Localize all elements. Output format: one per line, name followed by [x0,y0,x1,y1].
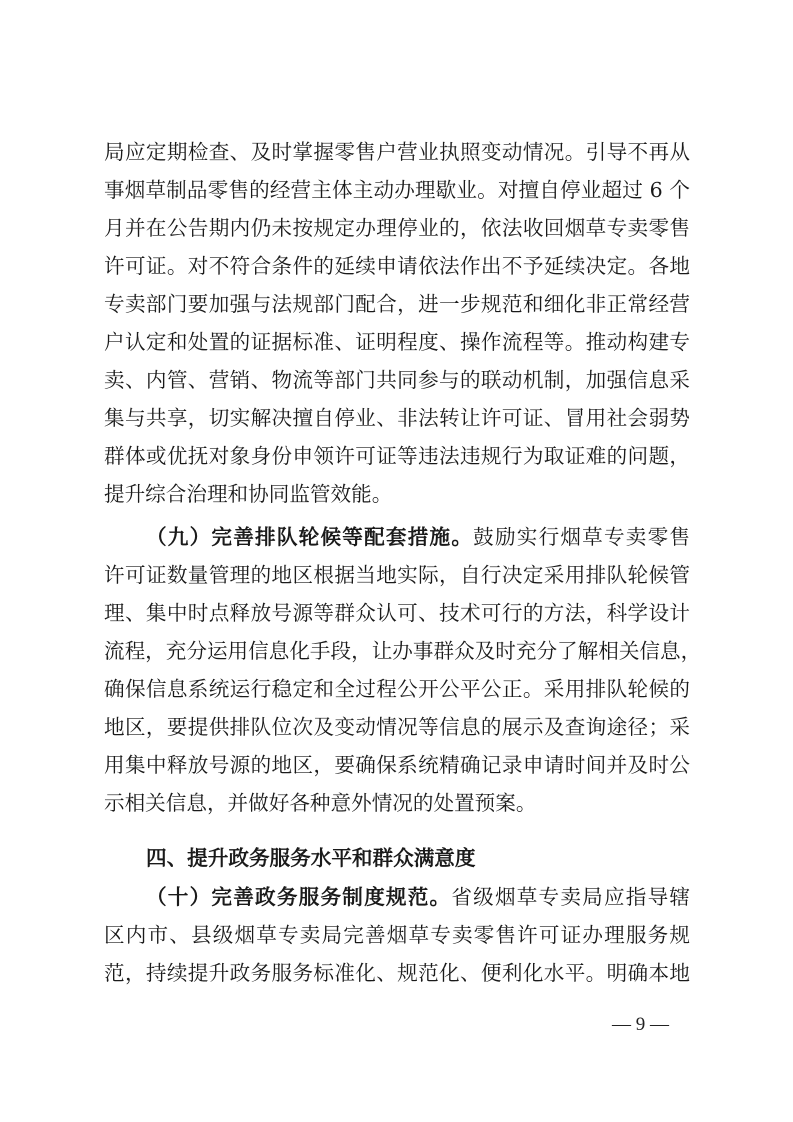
text-line: 地区，要提供排队位次及变动情况等信息的展示及查询途径；采 [104,712,690,742]
text-line: 范，持续提升政务服务标准化、规范化、便利化水平。明确本地 [104,958,690,988]
document-page: 局应定期检查、及时掌握零售户营业执照变动情况。引导不再从 事烟草制品零售的经营主… [0,0,793,1122]
paragraph-lead-text: 省级烟草专卖局应指导辖 [451,885,690,909]
paragraph-first-line: （十）完善政务服务制度规范。省级烟草专卖局应指导辖 [146,882,690,912]
text-line: 确保信息系统运行稳定和全过程公开公平公正。采用排队轮候的 [104,674,690,704]
paragraph-first-line: （九）完善排队轮候等配套措施。鼓励实行烟草专卖零售 [146,522,690,552]
text-line: 示相关信息，并做好各种意外情况的处置预案。 [104,788,690,818]
text-line: 月并在公告期内仍未按规定办理停业的，依法收回烟草专卖零售 [104,213,690,243]
page-number: — 9 — [612,1012,669,1038]
text-line: 许可证数量管理的地区根据当地实际，自行决定采用排队轮候管 [104,560,690,590]
text-line: 提升综合治理和协同监管效能。 [104,479,690,509]
text-line: 群体或优抚对象身份申领许可证等违法违规行为取证难的问题， [104,441,690,471]
text-line: 理、集中时点释放号源等群众认可、技术可行的方法，科学设计 [104,598,690,628]
paragraph-lead-text: 鼓励实行烟草专卖零售 [473,525,690,549]
text-line: 许可证。对不符合条件的延续申请依法作出不予延续决定。各地 [104,251,690,281]
text-line: 专卖部门要加强与法规部门配合，进一步规范和细化非正常经营 [104,289,690,319]
text-line: 户认定和处置的证据标准、证明程度、操作流程等。推动构建专 [104,327,690,357]
paragraph-lead-heading: （九）完善排队轮候等配套措施。 [146,525,473,549]
text-line: 局应定期检查、及时掌握零售户营业执照变动情况。引导不再从 [104,137,690,167]
text-line: 集与共享，切实解决擅自停业、非法转让许可证、冒用社会弱势 [104,403,690,433]
text-line: 事烟草制品零售的经营主体主动办理歇业。对擅自停业超过 6 个 [104,175,690,205]
paragraph-lead-heading: （十）完善政务服务制度规范。 [146,885,451,909]
text-line: 区内市、县级烟草专卖局完善烟草专卖零售许可证办理服务规 [104,920,690,950]
text-line: 卖、内管、营销、物流等部门共同参与的联动机制，加强信息采 [104,365,690,395]
text-line: 用集中释放号源的地区，要确保系统精确记录申请时间并及时公 [104,750,690,780]
section-heading: 四、提升政务服务水平和群众满意度 [146,843,476,873]
text-line: 流程，充分运用信息化手段，让办事群众及时充分了解相关信息， [104,636,690,666]
